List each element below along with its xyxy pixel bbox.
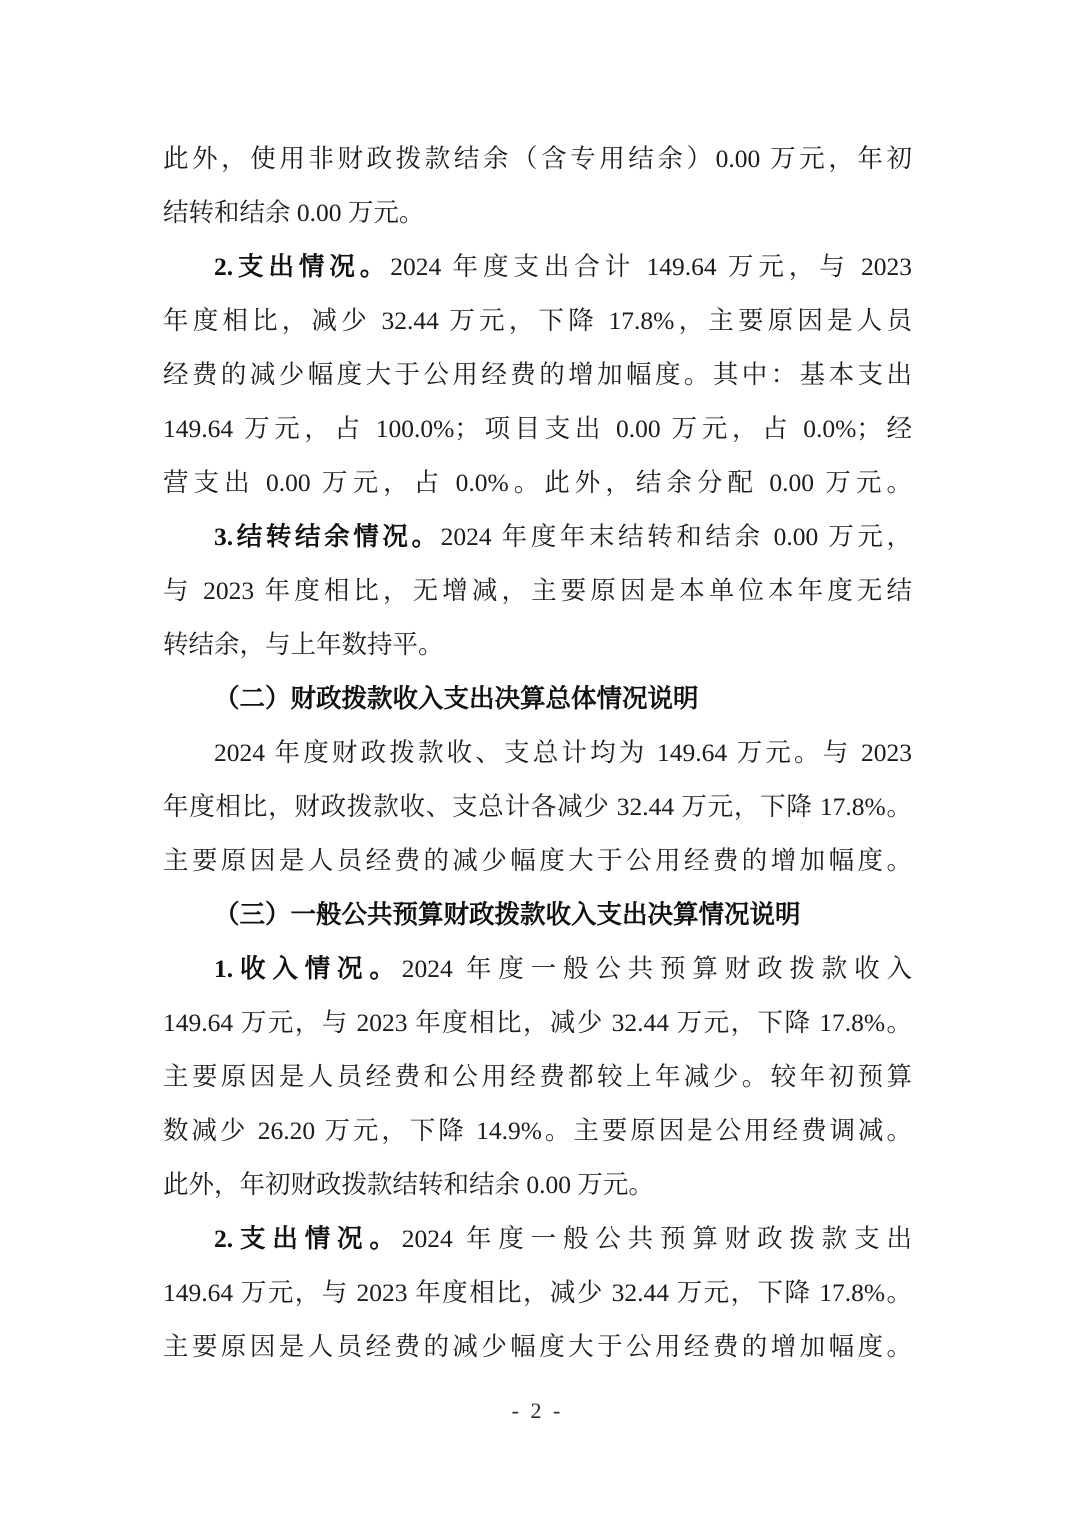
page-number: - 2 - — [0, 1398, 1075, 1424]
bold-lead: 2.支出情况。 — [214, 1224, 402, 1253]
text-line: 主要原因是人员经费和公用经费都较上年减少。较年初预算 — [163, 1050, 912, 1104]
section-heading: （二）财政拨款收入支出决算总体情况说明 — [163, 672, 912, 726]
text-run: 此外，年初财政拨款结转和结余 0.00 万元。 — [163, 1170, 654, 1199]
text-line: 1.收入情况。2024 年度一般公共预算财政拨款收入 — [163, 942, 912, 996]
text-run: 年度相比，减少 32.44 万元，下降 17.8%，主要原因是人员 — [163, 306, 912, 335]
text-line: 主要原因是人员经费的减少幅度大于公用经费的增加幅度。 — [163, 834, 912, 888]
heading-text: （三）一般公共预算财政拨款收入支出决算情况说明 — [214, 900, 801, 929]
text-run: 年度相比，财政拨款收、支总计各减少 32.44 万元，下降 17.8%。 — [163, 792, 912, 821]
document-page: 此外，使用非财政拨款结余（含专用结余）0.00 万元，年初 结转和结余 0.00… — [0, 0, 1075, 1520]
text-line: 149.64 万元，与 2023 年度相比，减少 32.44 万元，下降 17.… — [163, 1266, 912, 1320]
text-line: 经费的减少幅度大于公用经费的增加幅度。其中：基本支出 — [163, 348, 912, 402]
text-run: 2024 年度支出合计 149.64 万元，与 2023 — [390, 252, 912, 281]
text-line: 年度相比，减少 32.44 万元，下降 17.8%，主要原因是人员 — [163, 294, 912, 348]
text-run: 主要原因是人员经费和公用经费都较上年减少。较年初预算 — [163, 1062, 912, 1091]
text-run: 149.64 万元，占 100.0%；项目支出 0.00 万元，占 0.0%；经 — [163, 414, 912, 443]
heading-text: （二）财政拨款收入支出决算总体情况说明 — [214, 684, 699, 713]
text-run: 营支出 0.00 万元，占 0.0%。此外，结余分配 0.00 万元。 — [163, 468, 912, 497]
text-line: 与 2023 年度相比，无增减，主要原因是本单位本年度无结 — [163, 564, 912, 618]
text-run: 此外，使用非财政拨款结余（含专用结余）0.00 万元，年初 — [163, 144, 912, 173]
text-line: 此外，年初财政拨款结转和结余 0.00 万元。 — [163, 1158, 912, 1212]
text-line: 149.64 万元，占 100.0%；项目支出 0.00 万元，占 0.0%；经 — [163, 402, 912, 456]
text-line: 数减少 26.20 万元，下降 14.9%。主要原因是公用经费调减。 — [163, 1104, 912, 1158]
text-run: 结转和结余 0.00 万元。 — [163, 198, 424, 227]
text-run: 与 2023 年度相比，无增减，主要原因是本单位本年度无结 — [163, 576, 912, 605]
document-body: 此外，使用非财政拨款结余（含专用结余）0.00 万元，年初 结转和结余 0.00… — [163, 132, 912, 1374]
text-run: 149.64 万元，与 2023 年度相比，减少 32.44 万元，下降 17.… — [163, 1278, 912, 1307]
text-line: 转结余，与上年数持平。 — [163, 618, 912, 672]
text-run: 主要原因是人员经费的减少幅度大于公用经费的增加幅度。 — [163, 1332, 912, 1361]
text-line: 2024 年度财政拨款收、支总计均为 149.64 万元。与 2023 — [163, 726, 912, 780]
text-line: 149.64 万元，与 2023 年度相比，减少 32.44 万元，下降 17.… — [163, 996, 912, 1050]
text-line: 2.支出情况。2024 年度一般公共预算财政拨款支出 — [163, 1212, 912, 1266]
bold-lead: 1.收入情况。 — [214, 954, 402, 983]
text-run: 2024 年度年末结转和结余 0.00 万元， — [441, 522, 912, 551]
text-line: 营支出 0.00 万元，占 0.0%。此外，结余分配 0.00 万元。 — [163, 456, 912, 510]
text-line: 主要原因是人员经费的减少幅度大于公用经费的增加幅度。 — [163, 1320, 912, 1374]
text-line: 结转和结余 0.00 万元。 — [163, 186, 912, 240]
text-run: 2024 年度财政拨款收、支总计均为 149.64 万元。与 2023 — [214, 738, 912, 767]
text-run: 2024 年度一般公共预算财政拨款收入 — [402, 954, 912, 983]
text-run: 主要原因是人员经费的减少幅度大于公用经费的增加幅度。 — [163, 846, 912, 875]
text-run: 转结余，与上年数持平。 — [163, 630, 444, 659]
text-line: 2.支出情况。2024 年度支出合计 149.64 万元，与 2023 — [163, 240, 912, 294]
text-run: 149.64 万元，与 2023 年度相比，减少 32.44 万元，下降 17.… — [163, 1008, 912, 1037]
text-line: 此外，使用非财政拨款结余（含专用结余）0.00 万元，年初 — [163, 132, 912, 186]
text-line: 年度相比，财政拨款收、支总计各减少 32.44 万元，下降 17.8%。 — [163, 780, 912, 834]
text-line: 3.结转结余情况。2024 年度年末结转和结余 0.00 万元， — [163, 510, 912, 564]
section-heading: （三）一般公共预算财政拨款收入支出决算情况说明 — [163, 888, 912, 942]
bold-lead: 3.结转结余情况。 — [214, 522, 441, 551]
text-run: 数减少 26.20 万元，下降 14.9%。主要原因是公用经费调减。 — [163, 1116, 912, 1145]
bold-lead: 2.支出情况。 — [214, 252, 390, 281]
text-run: 经费的减少幅度大于公用经费的增加幅度。其中：基本支出 — [163, 360, 912, 389]
text-run: 2024 年度一般公共预算财政拨款支出 — [402, 1224, 912, 1253]
